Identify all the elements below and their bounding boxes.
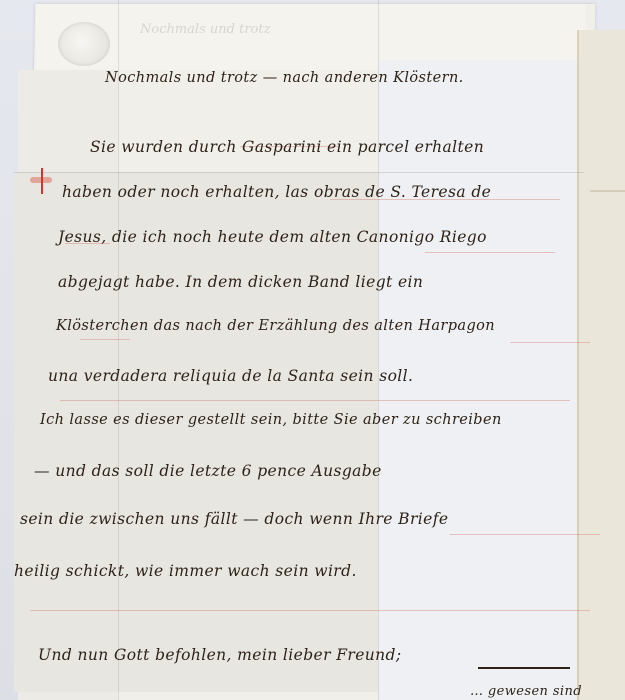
letter-line: Sie wurden durch Gasparini ein parcel er… [90, 138, 484, 156]
red-rule [510, 342, 590, 343]
embossed-seal-icon [58, 22, 110, 66]
red-rule [80, 339, 130, 340]
flap-fold-line [590, 190, 625, 192]
letter-line: Nochmals und trotz — nach anderen Klöste… [105, 70, 464, 86]
red-rule [425, 252, 555, 253]
letter-line: abgejagt habe. In dem dicken Band liegt … [58, 273, 423, 291]
letter-line: Klösterchen das nach der Erzählung des a… [56, 318, 495, 334]
red-rule [450, 534, 600, 535]
letter-line: Ich lasse es dieser gestellt sein, bitte… [40, 412, 502, 428]
fold-line-horizontal [14, 172, 584, 173]
letter-line: una verdadera reliquia de la Santa sein … [48, 367, 413, 385]
fold-line-vertical [118, 0, 119, 700]
red-rule [30, 610, 590, 611]
ink-underline [478, 667, 570, 669]
letter-line: Jesus, die ich noch heute dem alten Cano… [58, 228, 487, 246]
envelope-flap [577, 30, 625, 700]
fold-line-vertical [378, 0, 379, 700]
letter-line-cutoff: … gewesen sind [470, 684, 582, 699]
letter-line: heilig schickt, wie immer wach sein wird… [14, 562, 357, 580]
letter-line: Und nun Gott befohlen, mein lieber Freun… [38, 646, 401, 664]
letter-line: sein die zwischen uns fällt — doch wenn … [20, 510, 448, 528]
letter-line: — und das soll die letzte 6 pence Ausgab… [34, 462, 382, 480]
red-rule [60, 400, 570, 401]
margin-cross-icon [41, 168, 43, 194]
letter-line: haben oder noch erhalten, las obras de S… [62, 183, 491, 201]
show-through-text: Nochmals und trotz [140, 22, 270, 37]
sheet-folded-panel [14, 172, 379, 692]
